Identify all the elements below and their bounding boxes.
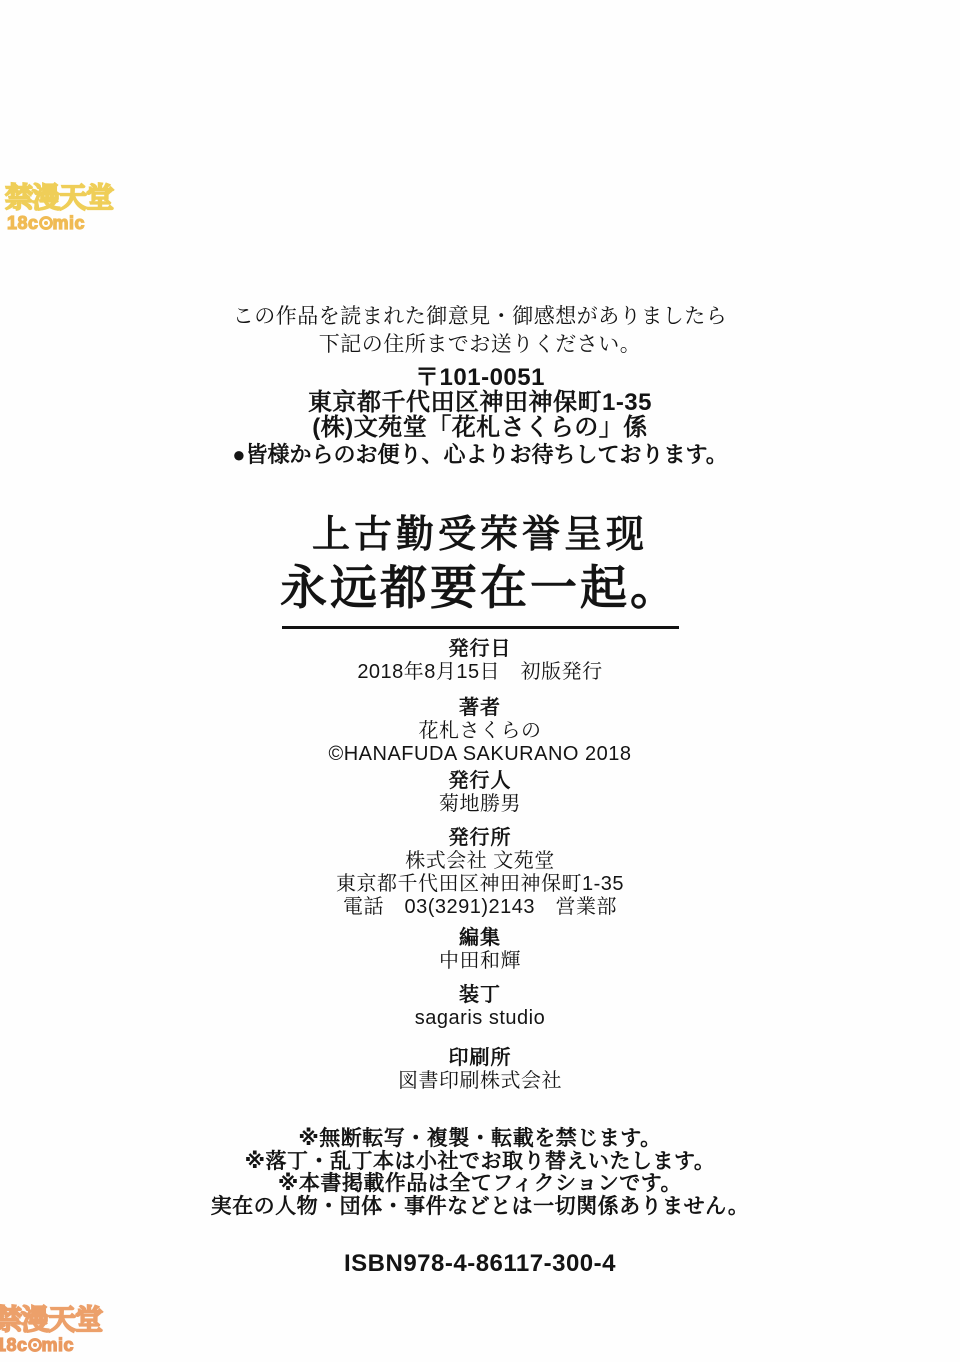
isbn-block: ISBN978-4-86117-300-4 bbox=[0, 1250, 960, 1278]
feedback-closing: ●皆様からのお便り、心よりお待ちしております。 bbox=[0, 442, 960, 468]
spiral-o-icon bbox=[28, 1338, 42, 1352]
editor-label: 編集 bbox=[0, 927, 960, 950]
publishing-house-label: 発行所 bbox=[0, 827, 960, 850]
section-publication-date: 発行日 2018年8月15日 初版発行 bbox=[0, 638, 960, 684]
section-author: 著者 花札さくらの ©HANAFUDA SAKURANO 2018 bbox=[0, 697, 960, 766]
title-divider bbox=[282, 626, 679, 629]
printer-company: 図書印刷株式会社 bbox=[0, 1070, 960, 1093]
publishing-house-phone: 電話 03(3291)2143 営業部 bbox=[0, 896, 960, 919]
book-design-studio: sagaris studio bbox=[0, 1007, 960, 1030]
spiral-o-icon bbox=[39, 216, 53, 230]
isbn-number: ISBN978-4-86117-300-4 bbox=[344, 1250, 616, 1277]
site-watermark-top: 禁漫天堂 18cmic bbox=[5, 184, 113, 232]
editor-name: 中田和輝 bbox=[0, 950, 960, 973]
publication-date-label: 発行日 bbox=[0, 638, 960, 661]
watermark-sub-suffix: mic bbox=[53, 213, 86, 233]
book-title: 永远都要在一起。 bbox=[0, 560, 960, 616]
watermark-sub-prefix: 18c bbox=[7, 213, 39, 233]
section-editor: 編集 中田和輝 bbox=[0, 927, 960, 973]
colophon-page: 禁漫天堂 18cmic この作品を読まれた御意見・御感想がありましたら 下記の住… bbox=[0, 0, 960, 1362]
publication-date-value: 2018年8月15日 初版発行 bbox=[0, 661, 960, 684]
author-label: 著者 bbox=[0, 697, 960, 720]
section-publishing-house: 発行所 株式会社 文苑堂 東京都千代田区神田神保町1-35 電話 03(3291… bbox=[0, 827, 960, 919]
printer-label: 印刷所 bbox=[0, 1047, 960, 1070]
notice-line-2: ※落丁・乱丁本は小社でお取り替えいたします。 bbox=[0, 1151, 960, 1174]
watermark-brand-text: 禁漫天堂 bbox=[0, 1306, 102, 1334]
notice-line-4: 実在の人物・団体・事件などとは一切関係ありません。 bbox=[0, 1196, 960, 1219]
notice-line-1: ※無断転写・複製・転載を禁じます。 bbox=[0, 1128, 960, 1151]
publishing-house-address: 東京都千代田区神田神保町1-35 bbox=[0, 873, 960, 896]
mail-recipient: (株)文苑堂「花札さくらの」係 bbox=[0, 415, 960, 440]
feedback-line-1: この作品を読まれた御意見・御感想がありましたら bbox=[0, 303, 960, 331]
watermark-sub-text: 18cmic bbox=[5, 214, 113, 232]
watermark-sub-suffix: mic bbox=[42, 1335, 75, 1355]
book-design-label: 装丁 bbox=[0, 984, 960, 1007]
mailing-address: 東京都千代田区神田神保町1-35 bbox=[0, 390, 960, 415]
author-name: 花札さくらの bbox=[0, 720, 960, 743]
postal-code: 〒101-0051 bbox=[0, 365, 960, 390]
series-subtitle: 上古勤受荣誉呈现 bbox=[0, 512, 960, 558]
watermark-sub-text: 18cmic bbox=[0, 1336, 102, 1354]
feedback-address-block: この作品を読まれた御意見・御感想がありましたら 下記の住所までお送りください。 … bbox=[0, 303, 960, 468]
section-publisher-person: 発行人 菊地勝男 bbox=[0, 770, 960, 816]
section-printer: 印刷所 図書印刷株式会社 bbox=[0, 1047, 960, 1093]
author-copyright: ©HANAFUDA SAKURANO 2018 bbox=[0, 743, 960, 766]
notice-line-3: ※本書掲載作品は全てフィクションです。 bbox=[0, 1173, 960, 1196]
section-book-design: 装丁 sagaris studio bbox=[0, 984, 960, 1030]
site-watermark-bottom: 禁漫天堂 18cmic bbox=[0, 1306, 102, 1354]
feedback-line-2: 下記の住所までお送りください。 bbox=[0, 331, 960, 359]
publisher-person-name: 菊地勝男 bbox=[0, 793, 960, 816]
publishing-house-company: 株式会社 文苑堂 bbox=[0, 850, 960, 873]
legal-notices: ※無断転写・複製・転載を禁じます。 ※落丁・乱丁本は小社でお取り替えいたします。… bbox=[0, 1128, 960, 1218]
watermark-sub-prefix: 18c bbox=[0, 1335, 28, 1355]
watermark-brand-text: 禁漫天堂 bbox=[5, 184, 113, 212]
publisher-person-label: 発行人 bbox=[0, 770, 960, 793]
title-block: 上古勤受荣誉呈现 永远都要在一起。 bbox=[0, 512, 960, 629]
